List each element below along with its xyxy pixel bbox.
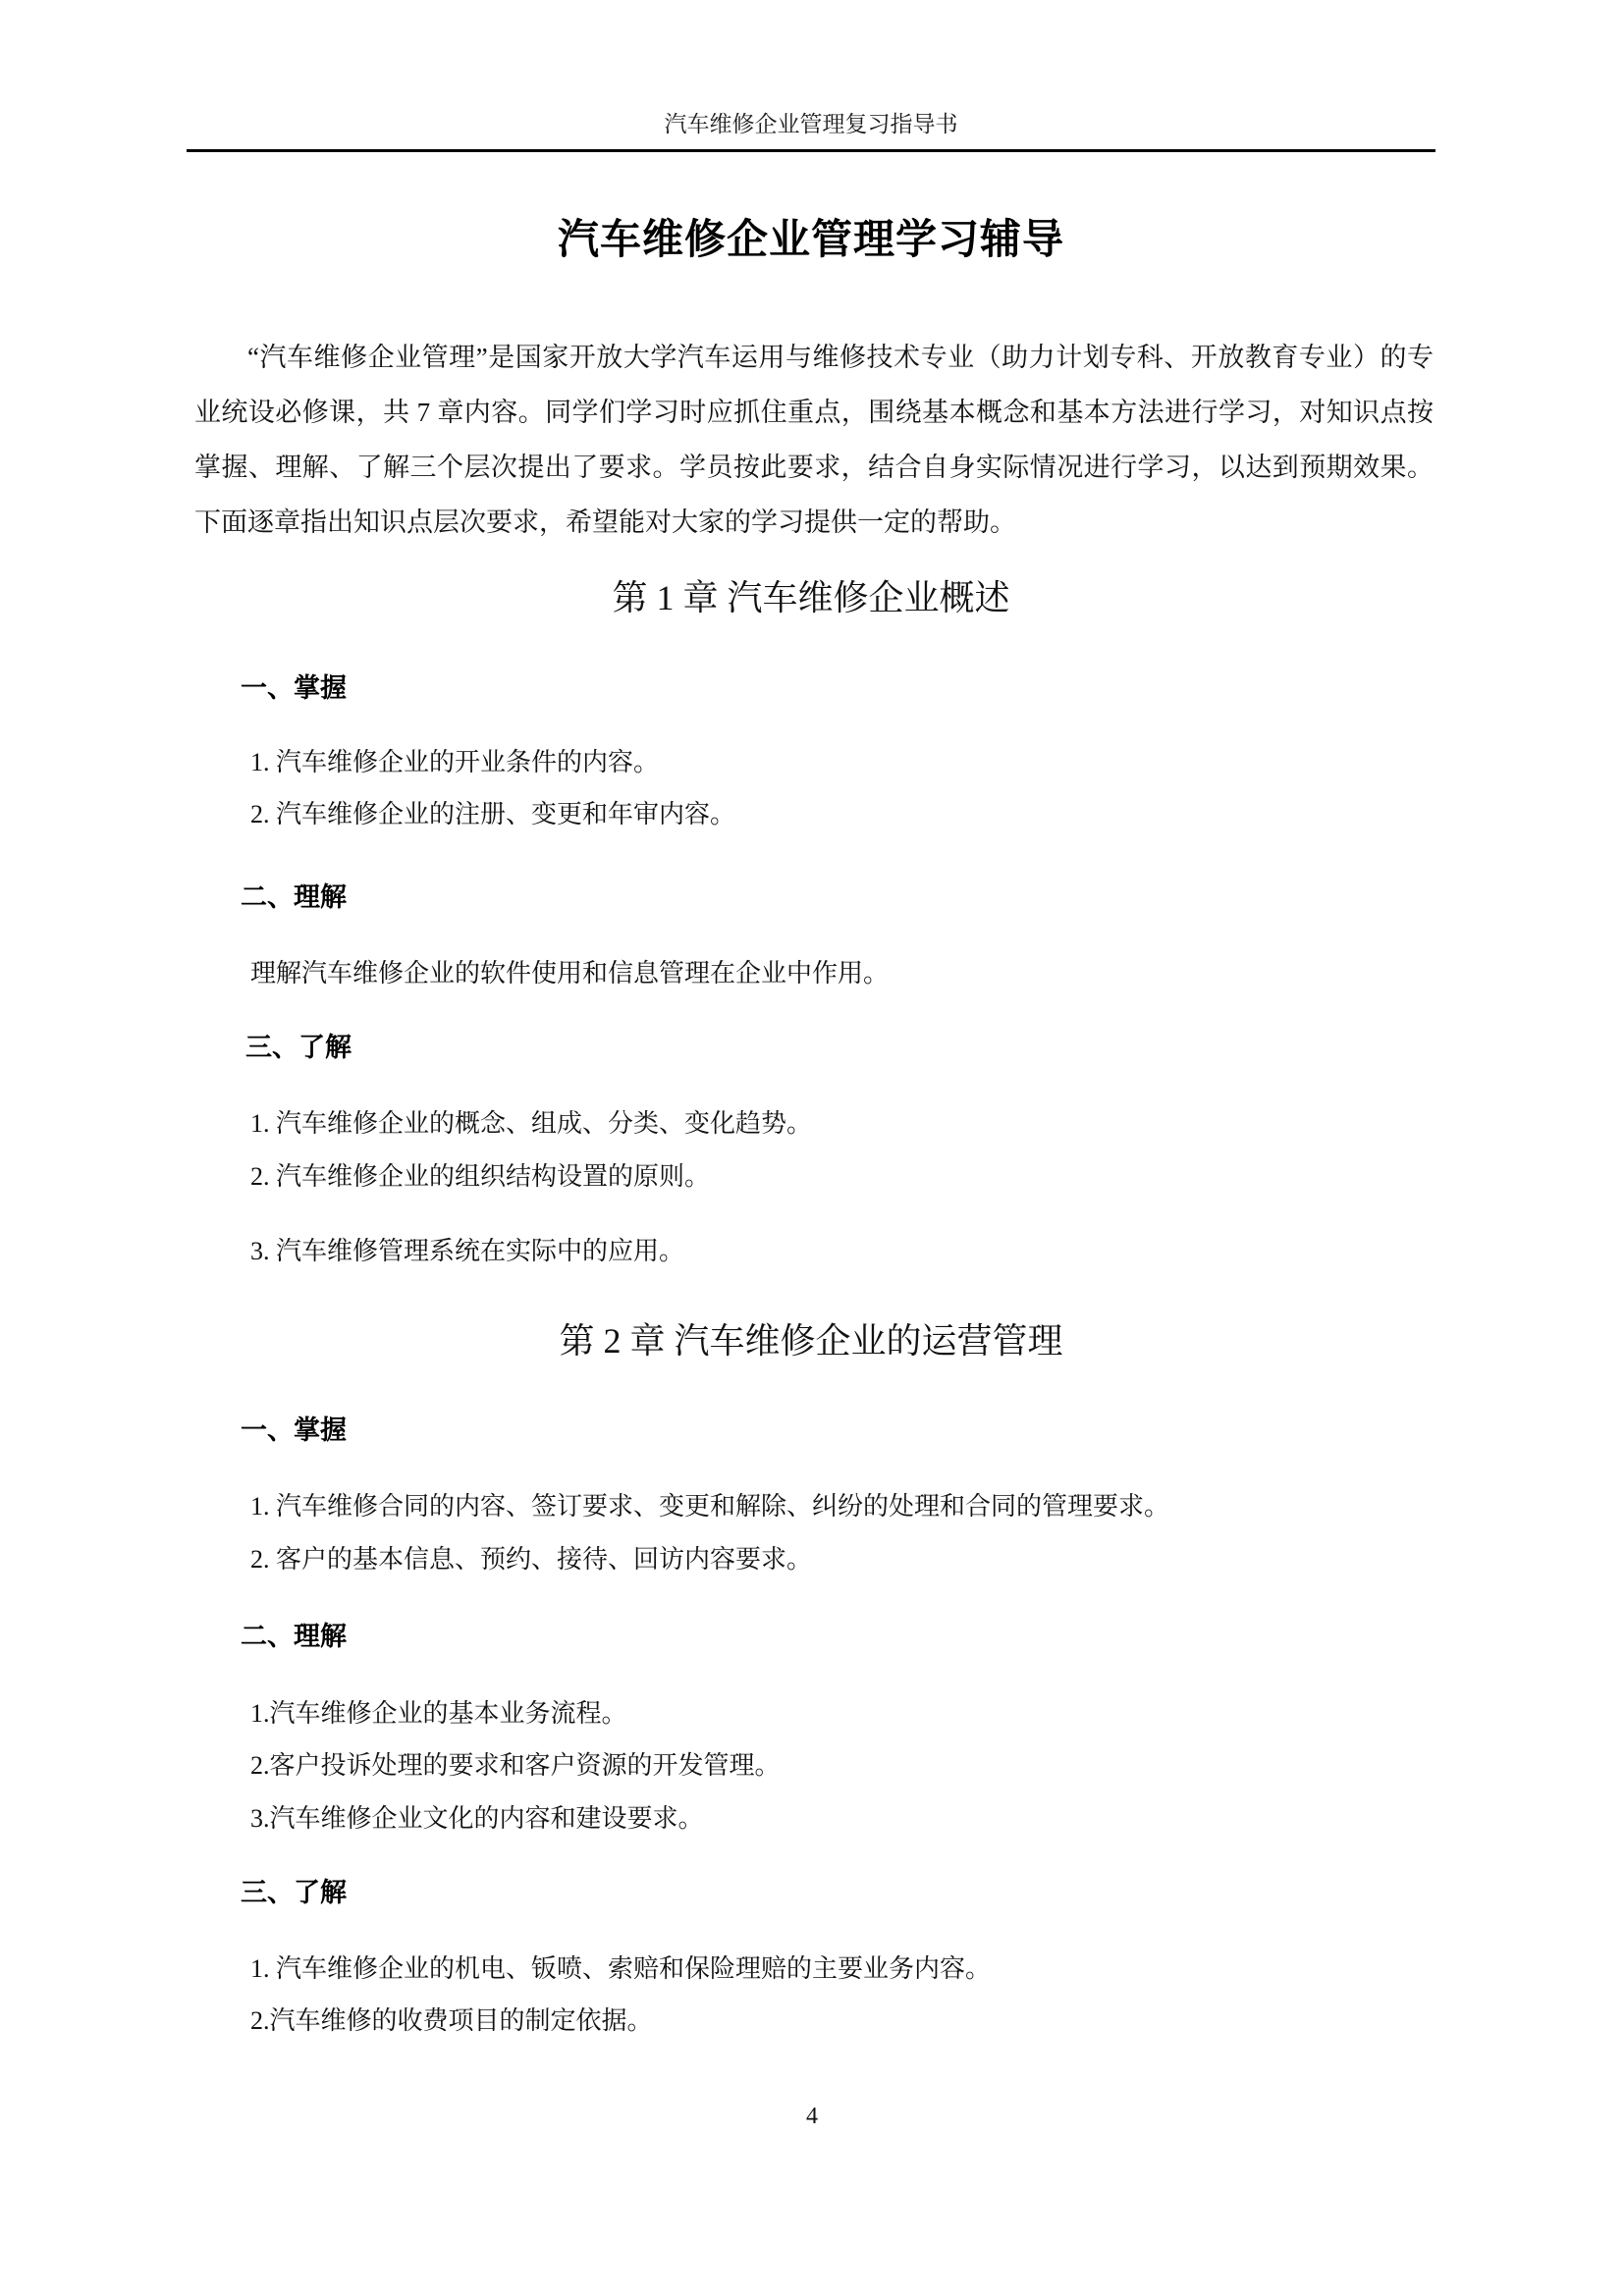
list-item: 2. 客户的基本信息、预约、接待、回访内容要求。: [250, 1542, 812, 1577]
list-item: 1. 汽车维修合同的内容、签订要求、变更和解除、纠纷的处理和合同的管理要求。: [250, 1489, 1169, 1524]
ch2-section-know-heading: 三、了解: [241, 1876, 347, 1911]
list-item: 2. 汽车维修企业的注册、变更和年审内容。: [250, 797, 735, 832]
ch2-section-master-heading: 一、掌握: [241, 1414, 347, 1449]
ch1-section-understand-heading: 二、理解: [241, 881, 347, 916]
chapter-1-title: 第 1 章 汽车维修企业概述: [187, 574, 1435, 621]
header-divider: [187, 149, 1435, 152]
list-item: 1. 汽车维修企业的开业条件的内容。: [250, 745, 659, 780]
running-header: 汽车维修企业管理复习指导书: [187, 110, 1435, 139]
intro-paragraph: “汽车维修企业管理”是国家开放大学汽车运用与维修技术专业（助力计划专科、开放教育…: [194, 330, 1434, 550]
page-number: 4: [0, 2102, 1624, 2131]
list-item: 1. 汽车维修企业的概念、组成、分类、变化趋势。: [250, 1106, 812, 1142]
list-item: 1.汽车维修企业的基本业务流程。: [250, 1696, 627, 1732]
ch1-section-master-heading: 一、掌握: [241, 671, 347, 707]
ch2-section-understand-heading: 二、理解: [241, 1620, 347, 1655]
list-item: 2. 汽车维修企业的组织结构设置的原则。: [250, 1159, 710, 1195]
list-item: 2.客户投诉处理的要求和客户资源的开发管理。: [250, 1748, 781, 1784]
list-item: 理解汽车维修企业的软件使用和信息管理在企业中作用。: [250, 956, 889, 991]
list-item: 2.汽车维修的收费项目的制定依据。: [250, 2003, 653, 2039]
list-item: 3. 汽车维修管理系统在实际中的应用。: [250, 1234, 684, 1269]
document-page: 汽车维修企业管理复习指导书 汽车维修企业管理学习辅导 “汽车维修企业管理”是国家…: [0, 0, 1624, 2296]
list-item: 1. 汽车维修企业的机电、钣喷、索赔和保险理赔的主要业务内容。: [250, 1951, 991, 1987]
list-item: 3.汽车维修企业文化的内容和建设要求。: [250, 1801, 704, 1837]
chapter-2-title: 第 2 章 汽车维修企业的运营管理: [187, 1317, 1435, 1364]
ch1-section-know-heading: 三、了解: [245, 1031, 352, 1066]
document-title: 汽车维修企业管理学习辅导: [187, 212, 1435, 267]
